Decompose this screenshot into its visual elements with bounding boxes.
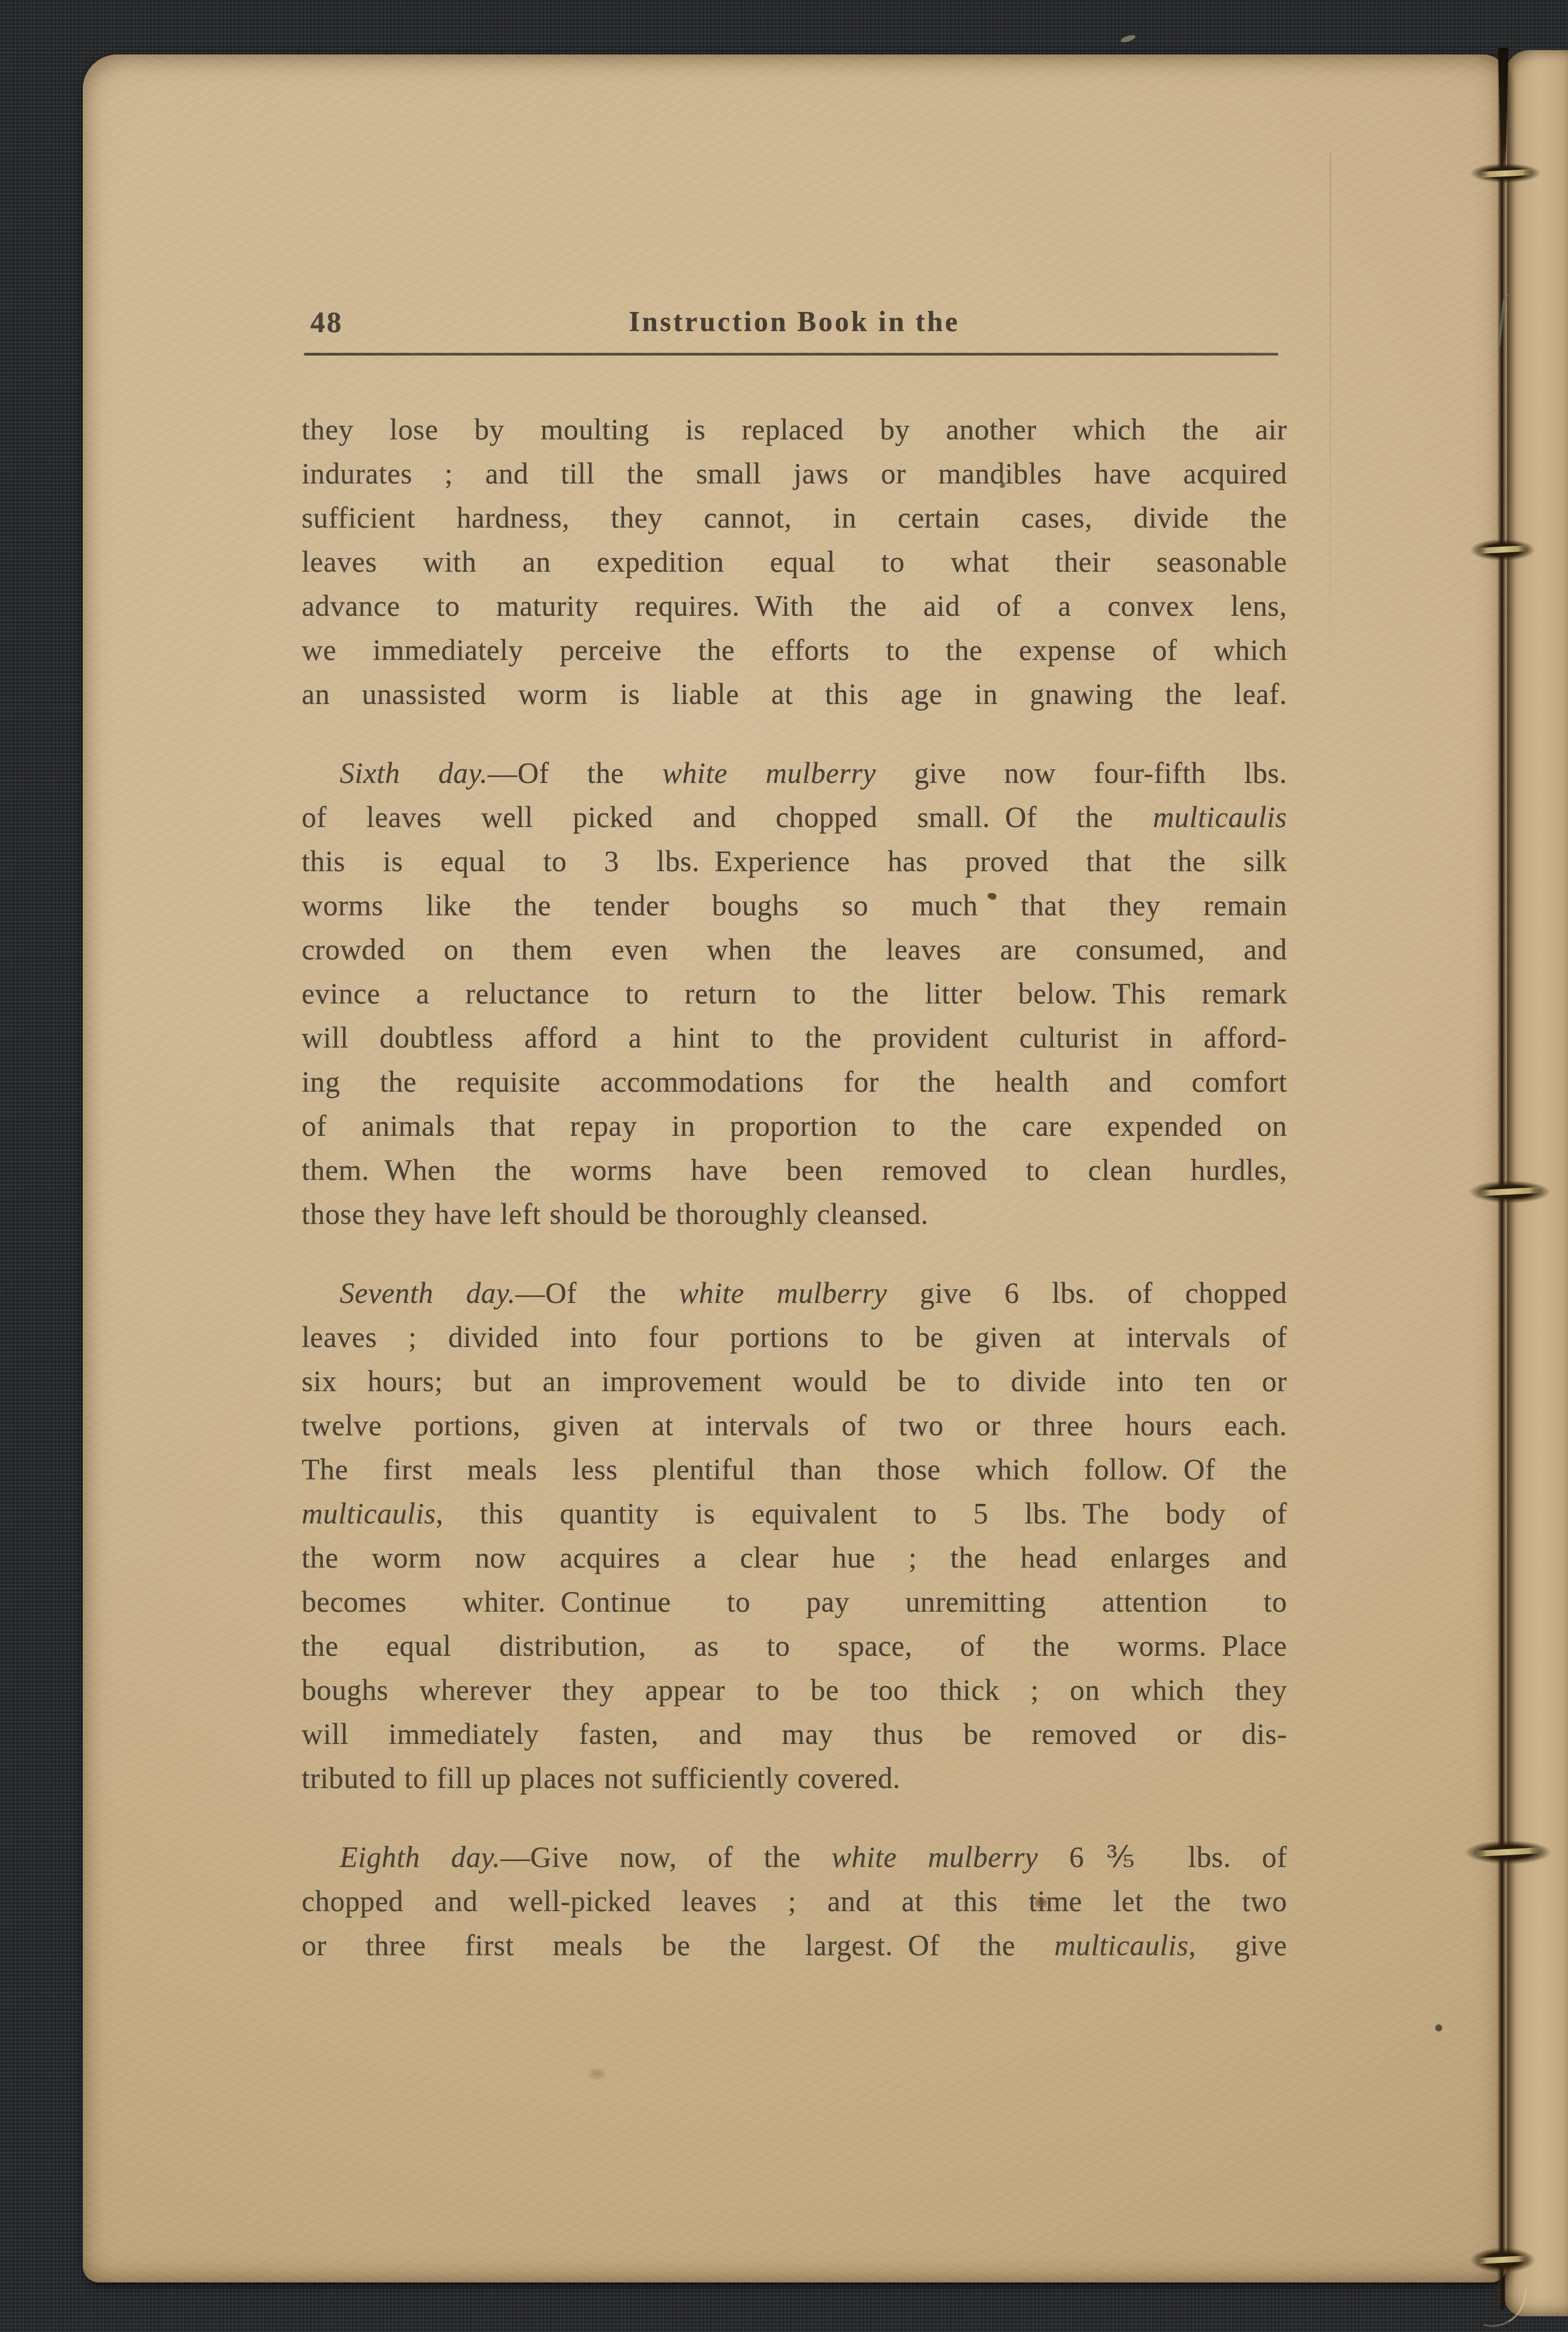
- text-segment: give now four-fifth lbs.: [876, 757, 1287, 789]
- text-line: six hours; but an improvement would be t…: [302, 1360, 1287, 1404]
- text-segment: ing the requisite accommodations for the…: [302, 1066, 1287, 1098]
- text-line: ing the requisite accommodations for the…: [302, 1060, 1287, 1104]
- text-segment: will doubtless afford a hint to the prov…: [302, 1021, 1287, 1054]
- text-line: evince a reluctance to return to the lit…: [302, 972, 1287, 1016]
- text-segment: becomes whiter. Continue to pay unremitt…: [302, 1586, 1287, 1618]
- binding-stitch: [1469, 1180, 1551, 1203]
- paragraph: Seventh day.—Of the white mulberry give …: [302, 1271, 1287, 1801]
- text-segment: the worm now acquires a clear hue ; the …: [302, 1541, 1287, 1574]
- foxing-spot: [588, 2068, 605, 2080]
- text-line: the worm now acquires a clear hue ; the …: [302, 1536, 1287, 1580]
- text-line: of leaves well picked and chopped small.…: [302, 795, 1287, 840]
- paragraph: Sixth day.—Of the white mulberry give no…: [302, 751, 1287, 1237]
- text-line: they lose by moulting is replaced by ano…: [302, 408, 1287, 452]
- text-segment: leaves ; divided into four portions to b…: [302, 1321, 1287, 1354]
- italic-text: Eighth day.: [340, 1841, 500, 1874]
- loose-thread: [1483, 2281, 1528, 2332]
- text-line: an unassisted worm is liable at this age…: [302, 672, 1287, 717]
- text-segment: chopped and well-picked leaves ; and at …: [302, 1885, 1287, 1918]
- text-line: boughs wherever they appear to be too th…: [302, 1668, 1287, 1712]
- text-segment: this is equal to 3 lbs. Experience has p…: [302, 845, 1287, 878]
- binding-stitch: [1470, 539, 1535, 561]
- italic-text: white mulberry: [831, 1841, 1038, 1874]
- text-line: leaves ; divided into four portions to b…: [302, 1315, 1287, 1360]
- text-line: or three first meals be the largest. Of …: [302, 1924, 1287, 1968]
- text-line: Seventh day.—Of the white mulberry give …: [302, 1271, 1287, 1315]
- page-header: 48 Instruction Book in the: [302, 306, 1287, 344]
- text-line: will immediately fasten, and may thus be…: [302, 1712, 1287, 1756]
- text-line: becomes whiter. Continue to pay unremitt…: [302, 1580, 1287, 1624]
- text-line: will doubtless afford a hint to the prov…: [302, 1016, 1287, 1060]
- text-segment: advance to maturity requires. With the a…: [302, 590, 1287, 622]
- text-line: advance to maturity requires. With the a…: [302, 584, 1287, 628]
- text-segment: they lose by moulting is replaced by ano…: [302, 413, 1287, 446]
- book-page: 48 Instruction Book in the they lose by …: [83, 54, 1507, 2282]
- running-title: Instruction Book in the: [302, 306, 1287, 339]
- binding-gutter: [1497, 49, 1506, 2310]
- text-segment: sufficient hardness, they cannot, in cer…: [302, 501, 1287, 534]
- text-line: this is equal to 3 lbs. Experience has p…: [302, 840, 1287, 884]
- text-segment: we immediately perceive the efforts to t…: [302, 634, 1287, 666]
- text-segment: —Give now, of the: [500, 1841, 831, 1874]
- stitch-thread: [1478, 169, 1532, 177]
- dust-fleck: [1120, 34, 1136, 44]
- text-segment: crowded on them even when the leaves are…: [302, 933, 1287, 966]
- book-scan-photo: 48 Instruction Book in the they lose by …: [0, 0, 1568, 2332]
- text-line: them. When the worms have been removed t…: [302, 1148, 1287, 1192]
- text-line: worms like the tender boughs so much tha…: [302, 884, 1287, 928]
- text-segment: will immediately fasten, and may thus be…: [302, 1718, 1287, 1750]
- text-line: chopped and well-picked leaves ; and at …: [302, 1880, 1287, 1924]
- ink-blemish: [1435, 2024, 1442, 2031]
- italic-text: multicaulis: [302, 1497, 436, 1530]
- binding-stitch: [1470, 163, 1541, 183]
- text-line: those they have left should be thoroughl…: [302, 1192, 1287, 1237]
- italic-text: white mulberry: [662, 757, 876, 789]
- text-line: of animals that repay in proportion to t…: [302, 1104, 1287, 1148]
- paper-crease: [1330, 152, 1331, 724]
- binding-stitch: [1465, 1840, 1552, 1864]
- text-segment: twelve portions, given at intervals of t…: [302, 1409, 1287, 1442]
- text-segment: or three first meals be the largest. Of …: [302, 1929, 1054, 1962]
- text-segment: , give: [1189, 1929, 1287, 1962]
- text-segment: those they have left should be thoroughl…: [302, 1198, 928, 1231]
- text-line: Eighth day.—Give now, of the white mulbe…: [302, 1835, 1287, 1880]
- text-segment: tributed to fill up places not sufficien…: [302, 1762, 901, 1795]
- stitch-thread: [1475, 1847, 1541, 1857]
- text-line: sufficient hardness, they cannot, in cer…: [302, 496, 1287, 540]
- text-line: crowded on them even when the leaves are…: [302, 928, 1287, 972]
- text-segment: —Of the: [516, 1277, 679, 1309]
- text-line: Sixth day.—Of the white mulberry give no…: [302, 751, 1287, 795]
- binding-stitch: [1470, 2248, 1535, 2273]
- text-line: multicaulis, this quantity is equivalent…: [302, 1492, 1287, 1536]
- page-text: they lose by moulting is replaced by ano…: [302, 408, 1287, 2003]
- text-line: the equal distribution, as to space, of …: [302, 1624, 1287, 1668]
- text-line: leaves with an expedition equal to what …: [302, 540, 1287, 584]
- text-line: tributed to fill up places not sufficien…: [302, 1756, 1287, 1801]
- text-segment: the equal distribution, as to space, of …: [302, 1630, 1287, 1662]
- text-segment: of animals that repay in proportion to t…: [302, 1110, 1287, 1142]
- italic-text: multicaulis: [1153, 801, 1287, 834]
- header-rule: [304, 353, 1278, 356]
- text-line: indurates ; and till the small jaws or m…: [302, 452, 1287, 496]
- text-line: we immediately perceive the efforts to t…: [302, 628, 1287, 672]
- text-segment: of leaves well picked and chopped small.…: [302, 801, 1153, 834]
- text-segment: them. When the worms have been removed t…: [302, 1154, 1287, 1186]
- stitch-thread: [1478, 2255, 1528, 2264]
- text-segment: six hours; but an improvement would be t…: [302, 1365, 1287, 1398]
- text-segment: evince a reluctance to return to the lit…: [302, 977, 1287, 1010]
- text-line: twelve portions, given at intervals of t…: [302, 1404, 1287, 1448]
- paragraph: they lose by moulting is replaced by ano…: [302, 408, 1287, 717]
- italic-text: white mulberry: [679, 1277, 887, 1309]
- text-segment: 6⅗ lbs. of: [1038, 1841, 1287, 1874]
- text-segment: indurates ; and till the small jaws or m…: [302, 457, 1287, 490]
- text-segment: an unassisted worm is liable at this age…: [302, 678, 1287, 711]
- text-line: The first meals less plentiful than thos…: [302, 1448, 1287, 1492]
- text-segment: boughs wherever they appear to be too th…: [302, 1674, 1287, 1706]
- italic-text: multicaulis: [1054, 1929, 1189, 1962]
- text-segment: leaves with an expedition equal to what …: [302, 546, 1287, 578]
- stitch-thread: [1478, 546, 1528, 554]
- paragraph: Eighth day.—Give now, of the white mulbe…: [302, 1835, 1287, 1968]
- text-segment: worms like the tender boughs so much tha…: [302, 889, 1287, 922]
- italic-text: Seventh day.: [340, 1277, 516, 1309]
- stitch-thread: [1479, 1187, 1541, 1196]
- italic-text: Sixth day.: [340, 757, 488, 789]
- text-segment: , this quantity is equivalent to 5 lbs. …: [436, 1497, 1287, 1530]
- text-segment: The first meals less plentiful than thos…: [302, 1453, 1287, 1486]
- text-segment: —Of the: [488, 757, 663, 789]
- text-segment: give 6 lbs. of chopped: [887, 1277, 1287, 1309]
